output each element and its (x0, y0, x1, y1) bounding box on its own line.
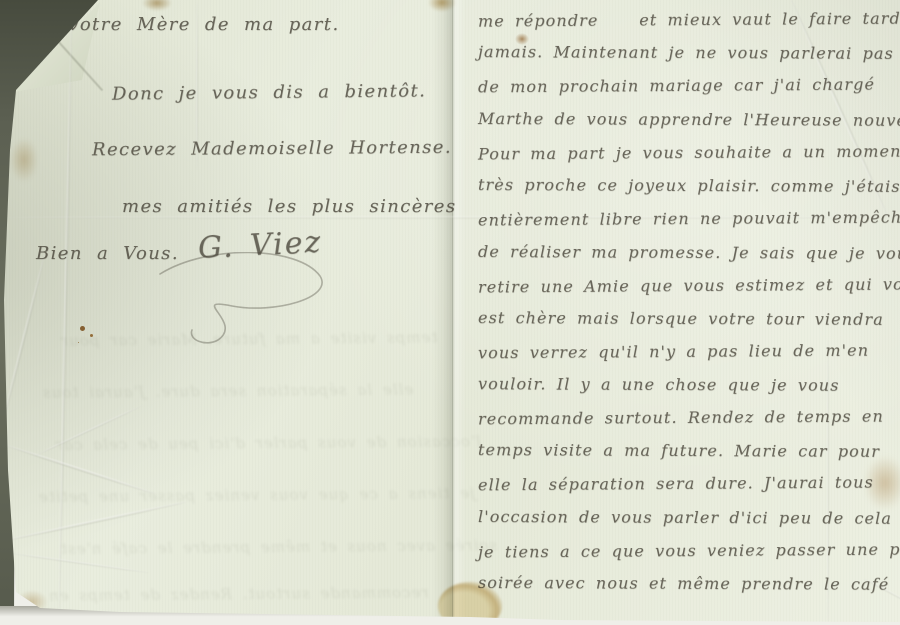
letter-line: entièrement libre rien ne pouvait m'empê… (478, 207, 900, 229)
letter-line: je tiens a ce que vous veniez passer une… (478, 539, 900, 561)
letter-line: l'occasion de vous parler d'ici peu de c… (478, 507, 900, 528)
letter-line: elle la séparation sera dure. J'aurai to… (478, 473, 874, 495)
stain (142, 0, 172, 11)
letter-line: a votre Mère de ma part. (42, 14, 340, 35)
crease (0, 252, 46, 427)
letter-line: mes amitiés les plus sincères (122, 196, 456, 217)
bleed-through-line: je tiens a ce que vous veniez passer une… (38, 484, 475, 506)
letter-line: Marthe de vous apprendre l'Heureuse nouv… (478, 109, 900, 130)
letter-line: jamais. Maintenant je ne vous parlerai p… (478, 42, 894, 63)
letter-line: Pour ma part je vous souhaite a un momen… (478, 141, 900, 163)
letter-line: me répondre et mieux vaut le faire tard … (478, 8, 900, 30)
letter-line: retire une Amie que vous estimez et qui … (478, 274, 900, 296)
letter-line: temps visite a ma future. Marie car pour (478, 440, 880, 461)
stain (80, 326, 85, 331)
center-fold-line (452, 0, 453, 625)
scanned-letter: temps visite a ma future. Marie car pour… (0, 0, 900, 625)
letter-line: soirée avec nous et même prendre le café… (478, 573, 900, 594)
letter-paper: temps visite a ma future. Marie car pour… (0, 0, 900, 625)
letter-line: très proche ce joyeux plaisir. comme j'é… (478, 175, 900, 196)
letter-line: de réaliser ma promesse. Je sais que je … (478, 242, 900, 263)
letter-line: vouloir. Il y a une chose que je vous (478, 374, 840, 395)
center-fold (432, 0, 470, 625)
letter-line: Recevez Mademoiselle Hortense. (92, 137, 452, 161)
signature-flourish (148, 252, 363, 347)
crease (2, 500, 188, 542)
stain (10, 138, 38, 182)
bleed-through-line: recommande surtout. Rendez de temps en (48, 583, 429, 604)
bleed-through-line: elle la séparation sera dure. J'aurai to… (42, 380, 413, 401)
letter-line: est chère mais lorsque votre tour viendr… (478, 308, 884, 329)
letter-line: recommande surtout. Rendez de temps en (478, 407, 884, 429)
letter-line: de mon prochain mariage car j'ai chargé (478, 75, 875, 97)
crease (57, 0, 73, 625)
letter-line: vous verrez qu'il n'y a pas lieu de m'en (478, 341, 869, 363)
letter-line: Donc je vous dis a bientôt. (112, 80, 426, 104)
bleed-through-line: l'occasion de vous parler d'ici peu de c… (55, 432, 481, 454)
